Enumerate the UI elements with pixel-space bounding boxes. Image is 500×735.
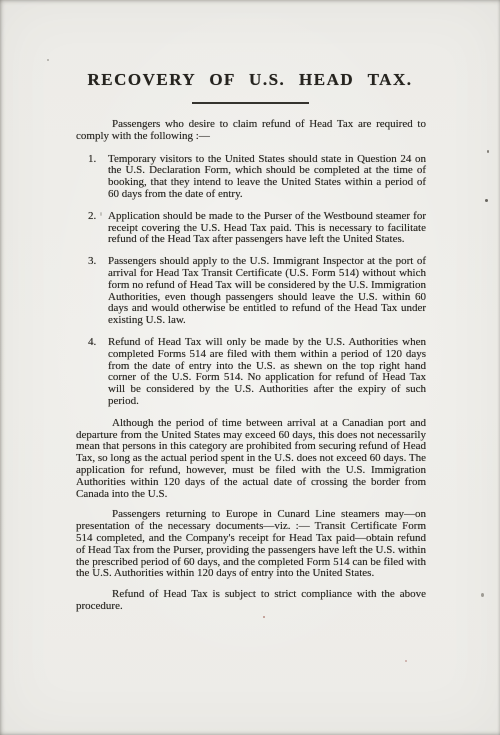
paragraph-cunard-refund: Passengers returning to Europe in Cunard… <box>76 509 426 580</box>
item-text: Refund of Head Tax will only be made by … <box>108 337 426 408</box>
scan-speck <box>263 616 265 618</box>
list-item-1: 1. Temporary visitors to the United Stat… <box>76 154 426 201</box>
scan-speck <box>481 593 484 597</box>
item-text: Passengers should apply to the U.S. Immi… <box>108 256 426 327</box>
document-body: Passengers who desire to claim refund of… <box>76 119 426 613</box>
scan-speck <box>100 212 102 216</box>
paragraph-canada-border: Although the period of time between arri… <box>76 418 426 501</box>
document-page: RECOVERY OF U.S. HEAD TAX. Passengers wh… <box>0 0 500 735</box>
closing-paragraph: Refund of Head Tax is subject to strict … <box>76 589 426 613</box>
scan-speck <box>485 199 488 202</box>
intro-paragraph: Passengers who desire to claim refund of… <box>76 119 426 143</box>
scan-speck <box>140 305 143 307</box>
item-text: Application should be made to the Purser… <box>108 211 426 246</box>
list-item-3: 3. Passengers should apply to the U.S. I… <box>76 256 426 327</box>
scan-speck <box>487 150 489 153</box>
item-number: 1. <box>88 154 108 201</box>
list-item-4: 4. Refund of Head Tax will only be made … <box>76 337 426 408</box>
scan-speck <box>47 59 49 61</box>
item-number: 3. <box>88 256 108 327</box>
item-text: Temporary visitors to the United States … <box>108 154 426 201</box>
page-title: RECOVERY OF U.S. HEAD TAX. <box>0 0 500 88</box>
item-number: 2. <box>88 211 108 246</box>
item-number: 4. <box>88 337 108 408</box>
scan-speck <box>405 660 407 662</box>
numbered-list: 1. Temporary visitors to the United Stat… <box>76 154 426 408</box>
list-item-2: 2. Application should be made to the Pur… <box>76 211 426 246</box>
title-rule <box>192 102 309 104</box>
